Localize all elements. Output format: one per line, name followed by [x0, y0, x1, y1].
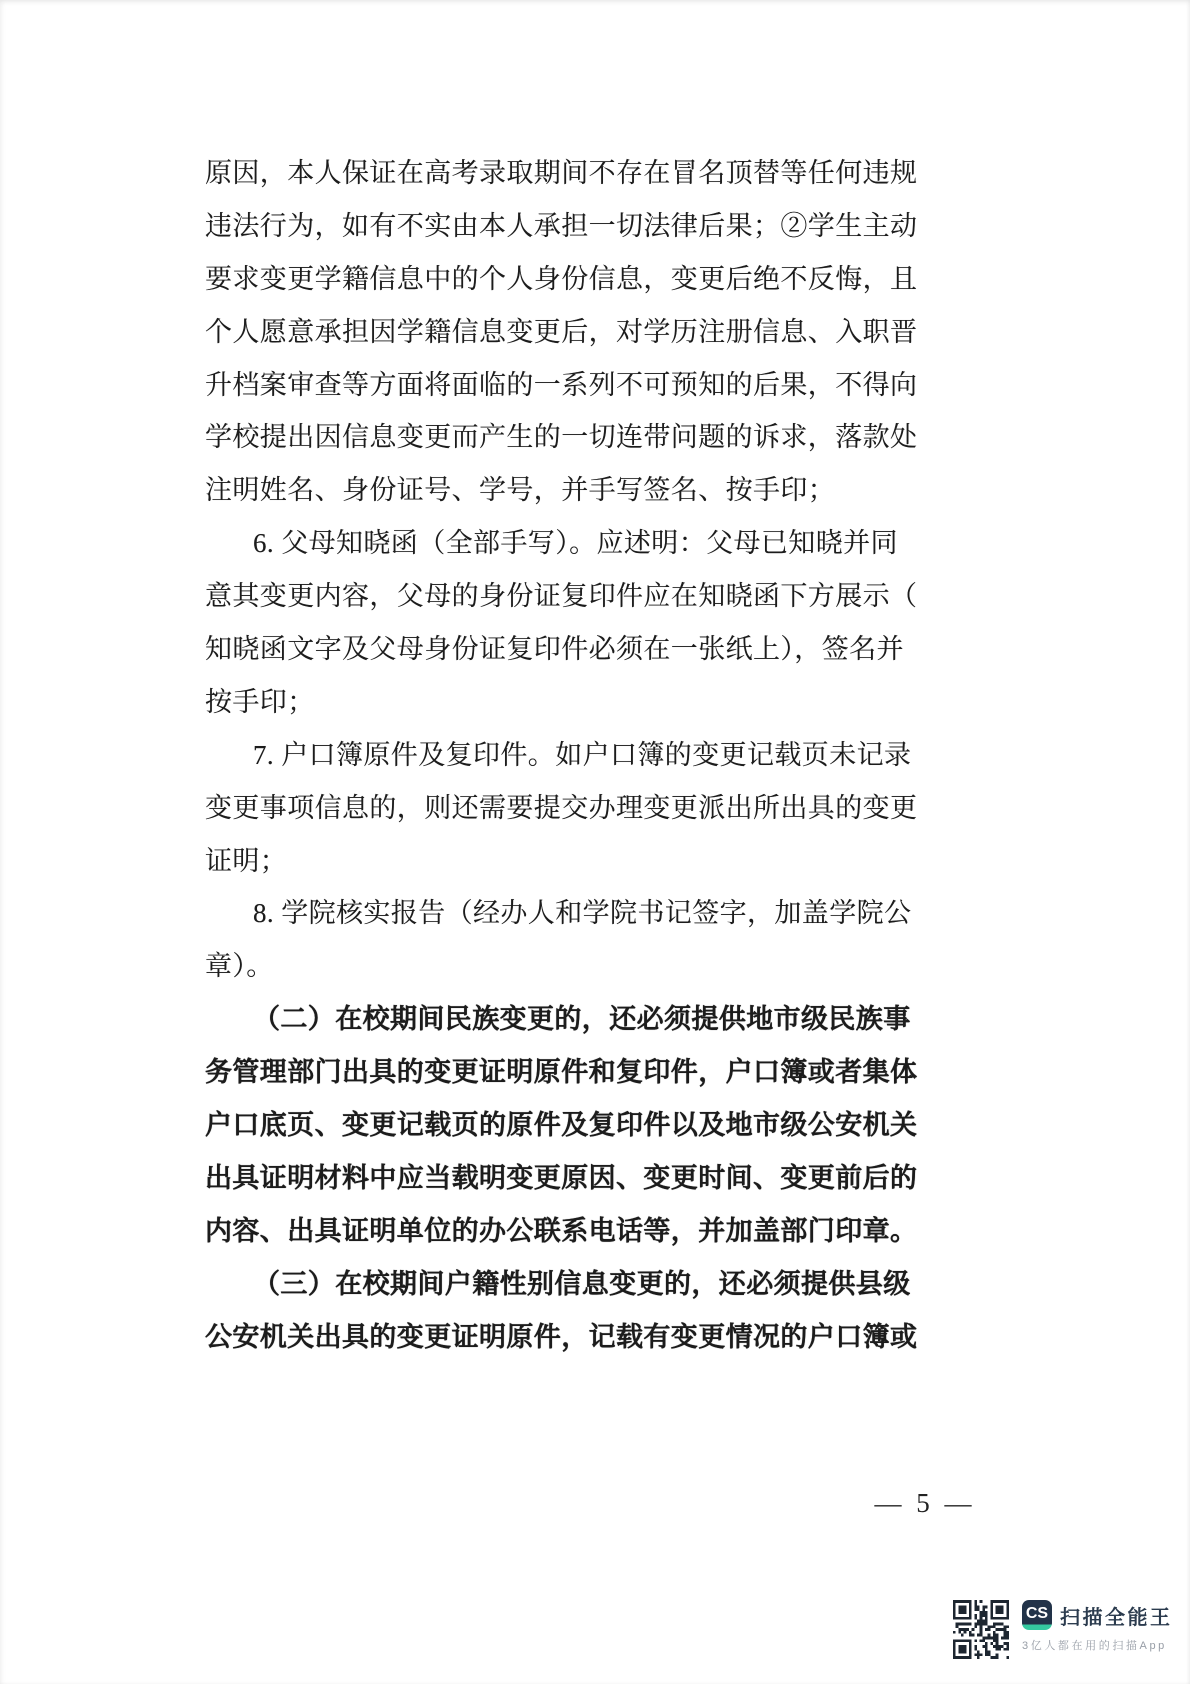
text-line: 务管理部门出具的变更证明原件和复印件，户口簿或者集体	[205, 1046, 921, 1099]
text-line: 个人愿意承担因学籍信息变更后，对学历注册信息、入职晋	[205, 306, 921, 359]
text-line: 出具证明材料中应当载明变更原因、变更时间、变更前后的	[205, 1152, 921, 1205]
text-line: 内容、出具证明单位的办公联系电话等，并加盖部门印章。	[205, 1205, 921, 1258]
text-line: 注明姓名、身份证号、学号，并手写签名、按手印；	[205, 464, 921, 517]
text-line: 7. 户口簿原件及复印件。如户口簿的变更记载页未记录	[205, 729, 921, 782]
text-line: 按手印；	[205, 676, 921, 729]
text-line: 意其变更内容，父母的身份证复印件应在知晓函下方展示（	[205, 570, 921, 623]
text-line: （二）在校期间民族变更的，还必须提供地市级民族事	[205, 993, 921, 1046]
text-line: 知晓函文字及父母身份证复印件必须在一张纸上），签名并	[205, 623, 921, 676]
scanned-document-page: 原因，本人保证在高考录取期间不存在冒名顶替等任何违规违法行为，如有不实由本人承担…	[0, 0, 1190, 1684]
text-line: 8. 学院核实报告（经办人和学院书记签字，加盖学院公	[205, 887, 921, 940]
text-line: 章）。	[205, 940, 921, 993]
text-line: 证明；	[205, 835, 921, 888]
text-line: 6. 父母知晓函（全部手写）。应述明：父母已知晓并同	[205, 517, 921, 570]
camscanner-app-icon: CS	[1022, 1600, 1052, 1630]
text-line: 户口底页、变更记载页的原件及复印件以及地市级公安机关	[205, 1099, 921, 1152]
app-icon-initials: CS	[1026, 1605, 1048, 1623]
text-line: 变更事项信息的，则还需要提交办理变更派出所出具的变更	[205, 782, 921, 835]
document-body-text: 原因，本人保证在高考录取期间不存在冒名顶替等任何违规违法行为，如有不实由本人承担…	[205, 147, 921, 1363]
text-line: 违法行为，如有不实由本人承担一切法律后果；②学生主动	[205, 200, 921, 253]
text-line: 原因，本人保证在高考录取期间不存在冒名顶替等任何违规	[205, 147, 921, 200]
text-line: 升档案审查等方面将面临的一系列不可预知的后果，不得向	[205, 359, 921, 412]
page-number: — 5 —	[855, 1488, 995, 1519]
app-name-label: 扫描全能王	[1060, 1601, 1173, 1630]
text-line: 公安机关出具的变更证明原件，记载有变更情况的户口簿或	[205, 1311, 921, 1364]
qr-code-icon	[953, 1600, 1009, 1659]
app-tagline-label: 3亿人都在用的扫描App	[1022, 1637, 1173, 1653]
watermark-text-block: CS 扫描全能王 3亿人都在用的扫描App	[1022, 1600, 1173, 1653]
text-line: 要求变更学籍信息中的个人身份信息，变更后绝不反悔，且	[205, 253, 921, 306]
text-line: 学校提出因信息变更而产生的一切连带问题的诉求，落款处	[205, 411, 921, 464]
text-line: （三）在校期间户籍性别信息变更的，还必须提供县级	[205, 1258, 921, 1311]
camscanner-watermark: CS 扫描全能王 3亿人都在用的扫描App	[953, 1600, 1173, 1659]
